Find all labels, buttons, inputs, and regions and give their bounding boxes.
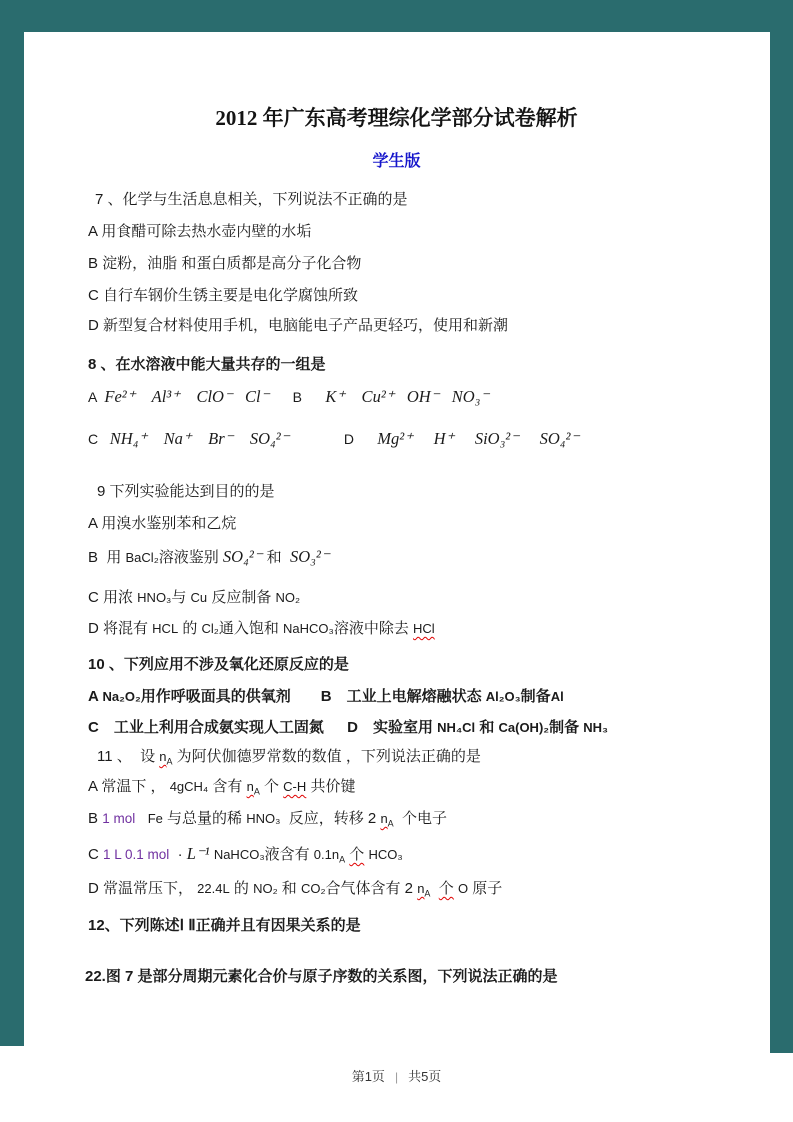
text-segment: NH₄⁺ Na⁺ Br⁻ SO₄²⁻ [110, 429, 290, 448]
text-segment: Mg²⁺ H⁺ SiO₃²⁻ SO₄²⁻ [377, 429, 579, 448]
text-segment: HNO₃ [246, 811, 280, 826]
text-segment: SO₃²⁻ [290, 547, 330, 566]
text-segment: D [289, 431, 377, 447]
text-segment: C 自行车钢价生锈主要是电化学腐蚀所致 [88, 287, 358, 304]
q9-option-c: C 用浓 HNO₃与 Cu 反应制备 NO₂ [88, 587, 300, 608]
text-segment: 含有 [208, 778, 246, 795]
text-segment: 1 L 0.1 mol [103, 847, 169, 862]
text-segment: A 用食醋可除去热水壶内壁的水垢 [88, 223, 311, 240]
q7-stem: 7 、化学与生活息息相关，下列说法不正确的是 [95, 189, 408, 210]
text-segment: 合气体含有 2 [326, 880, 418, 897]
q8-stem: 8 、在水溶液中能大量共存的一组是 [88, 354, 326, 375]
text-segment: 22.图 7 是部分周期元素化合价与原子序数的关系图，下列说法正确的是 [85, 968, 558, 985]
text-segment: NH₄Cl [437, 720, 475, 735]
text-segment: 用作呼吸面具的供氧剂 B 工业上电解熔融状态 [141, 688, 486, 705]
q9-stem: 9 下列实验能达到目的的是 [97, 481, 275, 502]
q9-option-a: A 用溴水鉴别苯和乙烷 [88, 513, 236, 534]
text-segment: D 将混有 [88, 620, 152, 637]
text-segment [135, 810, 148, 827]
text-segment: L⁻¹ [187, 844, 210, 863]
page-footer: 第1页|共5页 [0, 1066, 793, 1085]
q7-option-d: D 新型复合材料使用手机，电脑能电子产品更轻巧，使用和新潮 [88, 315, 508, 336]
q11-option-d: D 常温常压下， 22.4L 的 NO₂ 和 CO₂合气体含有 2 nA 个 O… [88, 878, 502, 905]
text-segment: NH₃ [583, 720, 608, 735]
text-segment: K⁺ Cu²⁺ OH⁻ NO₃⁻ [325, 387, 489, 406]
text-segment: 个电子 [394, 810, 447, 827]
text-segment: Fe [148, 811, 163, 826]
text-segment: 制备 [549, 719, 583, 736]
text-segment: nA [380, 811, 393, 826]
text-segment: A [88, 389, 104, 405]
text-segment: nA [247, 779, 260, 794]
text-segment: 11 、 设 [97, 748, 159, 765]
text-segment: 溶液鉴别 [159, 549, 223, 566]
text-segment: 反应，转移 2 [280, 810, 380, 827]
text-segment: C 用浓 [88, 589, 137, 606]
text-segment: NO₂ [253, 881, 278, 896]
text-segment: NO₂ [276, 590, 301, 605]
q11-option-c: C 1 L 0.1 mol · L⁻¹ NaHCO₃液含有 0.1nA 个 HC… [88, 843, 403, 871]
text-segment: Al₂O₃ [486, 689, 521, 704]
text-segment [430, 880, 438, 897]
text-segment: 溶液中除去 [334, 620, 413, 637]
footer-total-pages: 共5页 [408, 1069, 441, 1084]
text-segment: 液含有 [265, 846, 314, 863]
text-segment: 通入饱和 [219, 620, 283, 637]
text-segment: 共价键 [306, 778, 355, 795]
text-segment: BaCl₂ [126, 550, 159, 565]
q12-stem: 12、下列陈述Ⅰ Ⅱ正确并且有因果关系的是 [88, 915, 361, 936]
q8-options-ab: A Fe²⁺ Al³⁺ ClO⁻ Cl⁻ B K⁺ Cu²⁺ OH⁻ NO₃⁻ [88, 386, 489, 408]
text-segment: 1 mol [102, 811, 135, 826]
q7-option-c: C 自行车钢价生锈主要是电化学腐蚀所致 [88, 285, 358, 306]
q10-options-ab: A Na₂O₂用作呼吸面具的供氧剂 B 工业上电解熔融状态 Al₂O₃制备Al [88, 686, 564, 707]
text-segment: 8 、在水溶液中能大量共存的一组是 [88, 356, 326, 373]
text-segment: 个 [439, 880, 454, 897]
text-segment: 4gCH₄ [170, 779, 209, 794]
q7-option-b: B 淀粉，油脂 和蛋白质都是高分子化合物 [88, 253, 361, 274]
text-segment: 和 [475, 719, 498, 736]
text-segment: nA [417, 881, 430, 896]
text-segment: 反应制备 [207, 589, 275, 606]
text-segment: HCl [413, 621, 435, 636]
text-segment: HNO₃ [137, 590, 171, 605]
text-segment: 22.4L [197, 881, 230, 896]
text-segment: 个 [349, 846, 364, 863]
text-segment: 和 [278, 880, 301, 897]
text-segment: C 工业上利用合成氨实现人工固氮 D 实验室用 [88, 719, 437, 736]
text-segment: 与总量的稀 [163, 810, 246, 827]
footer-page-number: 第1页 [352, 1069, 385, 1084]
text-segment: Cu [191, 590, 208, 605]
frame-top-bar [0, 0, 793, 32]
text-segment: O [458, 881, 468, 896]
text-segment: A 用溴水鉴别苯和乙烷 [88, 515, 236, 532]
text-segment: D 新型复合材料使用手机，电脑能电子产品更轻巧，使用和新潮 [88, 317, 508, 334]
text-segment: 个 [260, 778, 283, 795]
text-segment: Ca(OH)₂ [499, 720, 550, 735]
footer-separator: | [385, 1070, 408, 1084]
q11-option-a: A 常温下 ， 4gCH₄ 含有 nA 个 C-H 共价键 [88, 776, 355, 803]
q7-option-a: A 用食醋可除去热水壶内壁的水垢 [88, 221, 311, 242]
q11-option-b: B 1 mol Fe 与总量的稀 HNO₃ 反应，转移 2 nA 个电子 [88, 808, 447, 835]
text-segment: 和 [262, 549, 290, 566]
q22-stem: 22.图 7 是部分周期元素化合价与原子序数的关系图，下列说法正确的是 [85, 966, 558, 987]
text-segment: HCL [152, 621, 178, 636]
text-segment: C [88, 431, 110, 447]
text-segment: Na₂O₂ [102, 689, 140, 704]
text-segment: B [269, 389, 325, 405]
text-segment: 12、下列陈述Ⅰ Ⅱ正确并且有因果关系的是 [88, 917, 361, 934]
q8-options-cd: C NH₄⁺ Na⁺ Br⁻ SO₄²⁻ D Mg²⁺ H⁺ SiO₃²⁻ SO… [88, 428, 579, 450]
text-segment: 与 [171, 589, 190, 606]
text-segment: 9 下列实验能达到目的的是 [97, 483, 275, 500]
text-segment: 为阿伏伽德罗常数的数值 ，下列说法正确的是 [173, 748, 481, 765]
text-segment: 的 [178, 620, 201, 637]
text-segment: 的 [230, 880, 253, 897]
text-segment: A 常温下 ， [88, 778, 170, 795]
text-segment: Al [551, 689, 564, 704]
q10-stem: 10 、下列应用不涉及氧化还原反应的是 [88, 654, 349, 675]
text-segment: Fe²⁺ Al³⁺ ClO⁻ Cl⁻ [104, 387, 269, 406]
q9-option-d: D 将混有 HCL 的 Cl₂通入饱和 NaHCO₃溶液中除去 HCl [88, 618, 435, 639]
text-segment: HCO₃ [368, 847, 402, 862]
text-segment: Cl₂ [202, 621, 219, 636]
document-subtitle: 学生版 [0, 148, 793, 171]
text-segment: 0.1nA [314, 847, 345, 862]
text-segment: NaHCO₃ [214, 847, 265, 862]
text-segment: D 常温常压下， [88, 880, 197, 897]
text-segment: 制备 [521, 688, 551, 705]
text-segment: B 淀粉，油脂 和蛋白质都是高分子化合物 [88, 255, 361, 272]
q9-option-b: B 用 BaCl₂溶液鉴别 SO₄²⁻ 和 SO₃²⁻ [88, 546, 330, 568]
text-segment: B 用 [88, 549, 126, 566]
q10-options-cd: C 工业上利用合成氨实现人工固氮 D 实验室用 NH₄Cl 和 Ca(OH)₂制… [88, 717, 608, 738]
document-title: 2012 年广东高考理综化学部分试卷解析 [0, 102, 793, 132]
exam-document-page: 2012 年广东高考理综化学部分试卷解析 学生版 7 、化学与生活息息相关，下列… [0, 0, 793, 1122]
text-segment: nA [159, 749, 172, 764]
text-segment: CO₂ [301, 881, 326, 896]
text-segment: B [88, 810, 102, 827]
q11-stem: 11 、 设 nA 为阿伏伽德罗常数的数值 ，下列说法正确的是 [97, 746, 481, 773]
text-segment: 10 、下列应用不涉及氧化还原反应的是 [88, 656, 349, 673]
text-segment: 7 、化学与生活息息相关，下列说法不正确的是 [95, 191, 408, 208]
text-segment: C-H [283, 779, 306, 794]
text-segment: A [88, 688, 102, 705]
text-segment: 原子 [468, 880, 502, 897]
text-segment: NaHCO₃ [283, 621, 334, 636]
text-segment: SO₄²⁻ [223, 547, 263, 566]
text-segment: · [169, 846, 187, 863]
text-segment: C [88, 846, 103, 863]
